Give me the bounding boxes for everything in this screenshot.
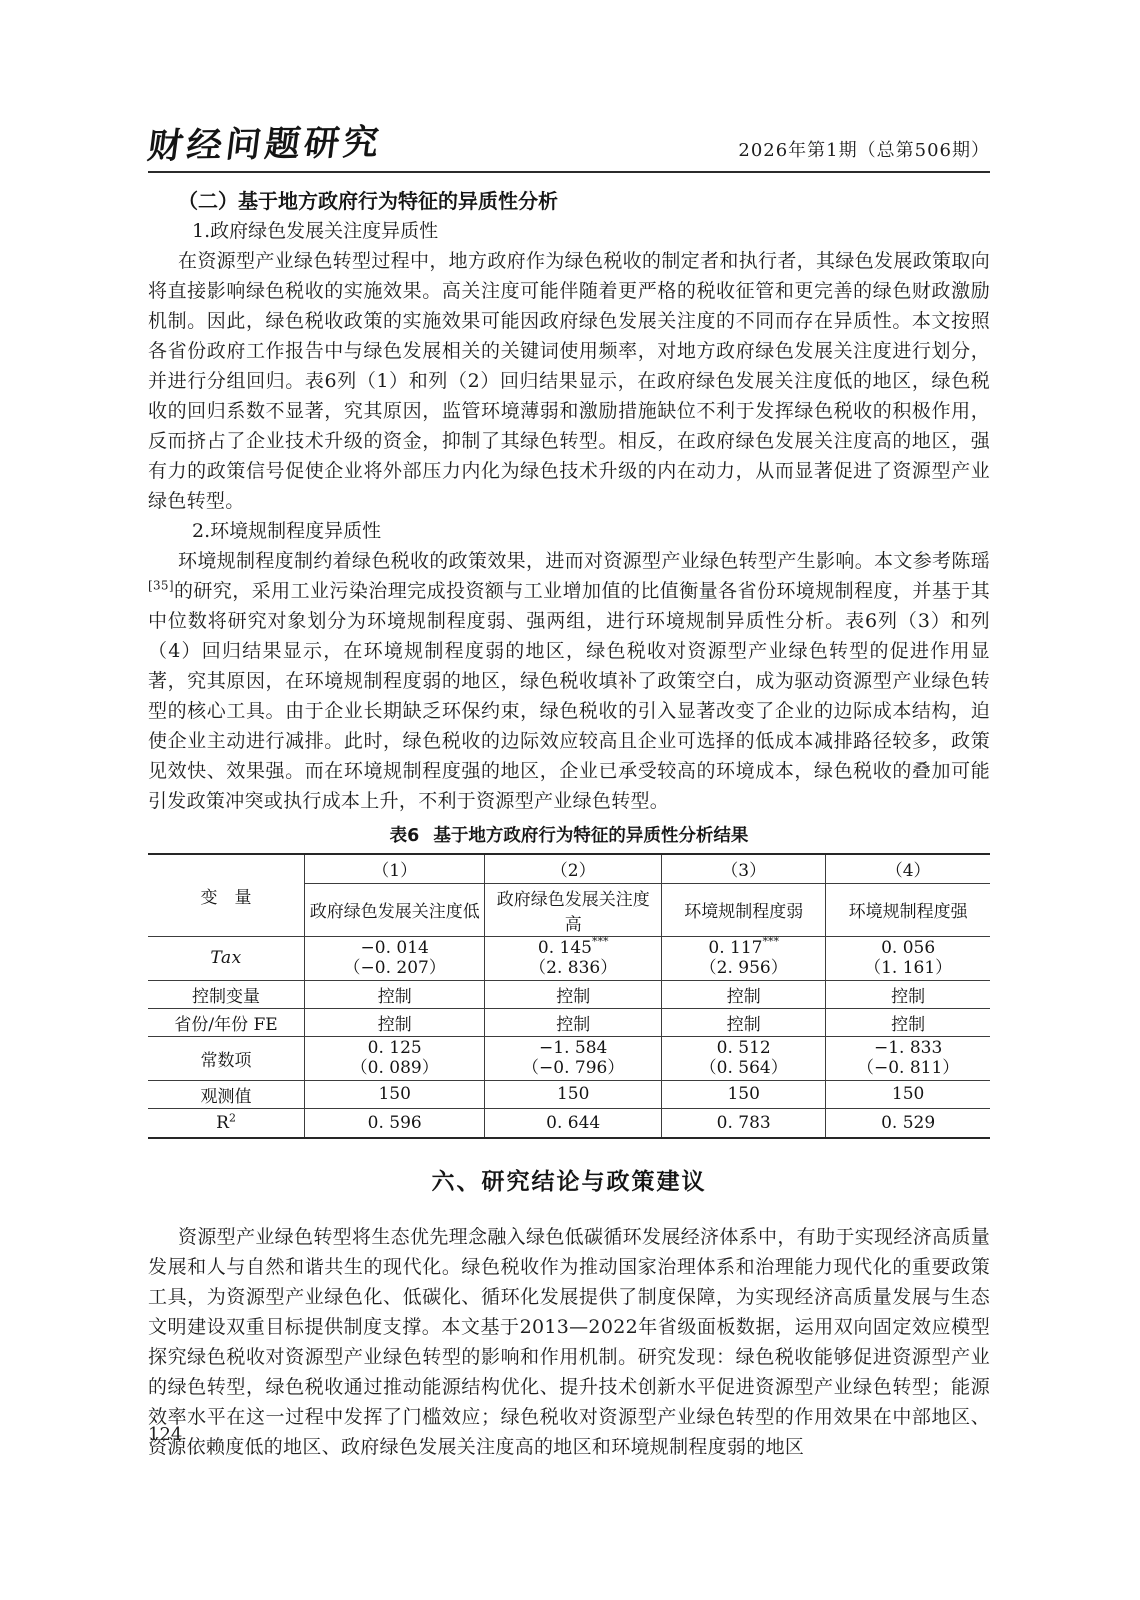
table6-caption-title: 基于地方政府行为特征的异质性分析结果	[433, 826, 748, 846]
t-statistic: （−0. 811）	[829, 1058, 987, 1078]
table-row-fixed-effects: 省份/年份 FE 控制 控制 控制 控制	[148, 1008, 990, 1036]
coef-value: −0. 014	[361, 938, 429, 958]
citation-ref-35: [35]	[148, 579, 174, 593]
controls-cell-2: 控制	[485, 980, 662, 1008]
paragraph-2-text-post: 的研究，采用工业污染治理完成投资额与工业增加值的比值衡量各省份环境规制程度，并基…	[148, 580, 990, 812]
t-statistic: （−0. 207）	[308, 958, 481, 978]
coef-value: −1. 584	[539, 1038, 607, 1058]
t-statistic: （1. 161）	[829, 958, 987, 978]
col-group-2: 政府绿色发展关注度高	[485, 883, 662, 936]
table-row-r-squared: R2 0. 596 0. 644 0. 783 0. 529	[148, 1108, 990, 1138]
fe-cell-4: 控制	[826, 1008, 990, 1036]
constant-cell-2: −1. 584 （−0. 796）	[485, 1036, 662, 1080]
coef-value: 0. 125	[368, 1038, 422, 1058]
page-number: 124	[148, 1424, 182, 1445]
issue-info: 2026年第1期（总第506期）	[738, 138, 990, 164]
constant-cell-3: 0. 512 （0. 564）	[662, 1036, 826, 1080]
col-number-3: （3）	[662, 854, 826, 883]
obs-cell-1: 150	[305, 1080, 485, 1108]
table6-caption-label: 表6	[390, 826, 420, 846]
coef-value: −1. 833	[874, 1038, 942, 1058]
significance-stars: ***	[762, 935, 779, 948]
r2-cell-3: 0. 783	[662, 1108, 826, 1138]
constant-cell-1: 0. 125 （0. 089）	[305, 1036, 485, 1080]
col-number-1: （1）	[305, 854, 485, 883]
row-label-r-squared: R2	[148, 1108, 305, 1138]
controls-cell-1: 控制	[305, 980, 485, 1008]
table-row-controls: 控制变量 控制 控制 控制 控制	[148, 980, 990, 1008]
t-statistic: （2. 956）	[665, 958, 822, 978]
paragraph-2-text-pre: 环境规制程度制约着绿色税收的政策效果，进而对资源型产业绿色转型产生影响。本文参考…	[178, 550, 990, 572]
subsection-2-heading: 2.环境规制程度异质性	[148, 516, 990, 546]
r2-cell-1: 0. 596	[305, 1108, 485, 1138]
t-statistic: （−0. 796）	[488, 1058, 658, 1078]
row-label-controls: 控制变量	[148, 980, 305, 1008]
table-header-variable: 变 量	[148, 854, 305, 936]
r2-cell-2: 0. 644	[485, 1108, 662, 1138]
t-statistic: （2. 836）	[488, 958, 658, 978]
significance-stars: ***	[592, 935, 609, 948]
obs-cell-3: 150	[662, 1080, 826, 1108]
fe-cell-1: 控制	[305, 1008, 485, 1036]
r-squared-exponent: 2	[229, 1111, 236, 1124]
r2-cell-4: 0. 529	[826, 1108, 990, 1138]
tax-cell-3: 0. 117*** （2. 956）	[662, 936, 826, 980]
tax-cell-2: 0. 145*** （2. 836）	[485, 936, 662, 980]
obs-cell-4: 150	[826, 1080, 990, 1108]
journal-logo: 财经问题研究	[145, 124, 384, 166]
obs-cell-2: 150	[485, 1080, 662, 1108]
col-number-4: （4）	[826, 854, 990, 883]
table6: 变 量 （1） （2） （3） （4） 政府绿色发展关注度低 政府绿色发展关注度…	[148, 853, 990, 1139]
paragraph-2: 环境规制程度制约着绿色税收的政策效果，进而对资源型产业绿色转型产生影响。本文参考…	[148, 546, 990, 816]
fe-cell-2: 控制	[485, 1008, 662, 1036]
t-statistic: （0. 089）	[308, 1058, 481, 1078]
row-label-observations: 观测值	[148, 1080, 305, 1108]
tax-cell-4: 0. 056 （1. 161）	[826, 936, 990, 980]
col-group-4: 环境规制程度强	[826, 883, 990, 936]
constant-cell-4: −1. 833 （−0. 811）	[826, 1036, 990, 1080]
paragraph-1: 在资源型产业绿色转型过程中，地方政府作为绿色税收的制定者和执行者，其绿色发展政策…	[148, 246, 990, 516]
table-row-observations: 观测值 150 150 150 150	[148, 1080, 990, 1108]
fe-cell-3: 控制	[662, 1008, 826, 1036]
col-group-1: 政府绿色发展关注度低	[305, 883, 485, 936]
subsection-1-heading: 1.政府绿色发展关注度异质性	[148, 216, 990, 246]
journal-page: 财经问题研究 2026年第1期（总第506期） （二）基于地方政府行为特征的异质…	[0, 0, 1140, 1600]
table-row-tax: Tax −0. 014 （−0. 207） 0. 145*** （2. 836）…	[148, 936, 990, 980]
journal-header: 财经问题研究 2026年第1期（总第506期）	[148, 126, 990, 173]
col-group-3: 环境规制程度弱	[662, 883, 826, 936]
section-heading: （二）基于地方政府行为特征的异质性分析	[148, 186, 990, 216]
table6-caption: 表6基于地方政府行为特征的异质性分析结果	[148, 825, 990, 847]
tax-cell-1: −0. 014 （−0. 207）	[305, 936, 485, 980]
conclusion-heading: 六、研究结论与政策建议	[148, 1166, 990, 1198]
t-statistic: （0. 564）	[665, 1058, 822, 1078]
row-label-constant: 常数项	[148, 1036, 305, 1080]
controls-cell-4: 控制	[826, 980, 990, 1008]
coef-value: 0. 145	[538, 938, 592, 958]
r-squared-base: R	[216, 1113, 229, 1133]
table-row-constant: 常数项 0. 125 （0. 089） −1. 584 （−0. 796） 0.…	[148, 1036, 990, 1080]
col-number-2: （2）	[485, 854, 662, 883]
page-content: 财经问题研究 2026年第1期（总第506期） （二）基于地方政府行为特征的异质…	[148, 126, 990, 1462]
coef-value: 0. 117	[708, 938, 762, 958]
paragraph-3: 资源型产业绿色转型将生态优先理念融入绿色低碳循环发展经济体系中，有助于实现经济高…	[148, 1222, 990, 1462]
coef-value: 0. 512	[717, 1038, 771, 1058]
coef-value: 0. 056	[881, 938, 935, 958]
row-label-fixed-effects: 省份/年份 FE	[148, 1008, 305, 1036]
row-label-tax: Tax	[148, 936, 305, 980]
controls-cell-3: 控制	[662, 980, 826, 1008]
table-header-row-1: 变 量 （1） （2） （3） （4）	[148, 854, 990, 883]
